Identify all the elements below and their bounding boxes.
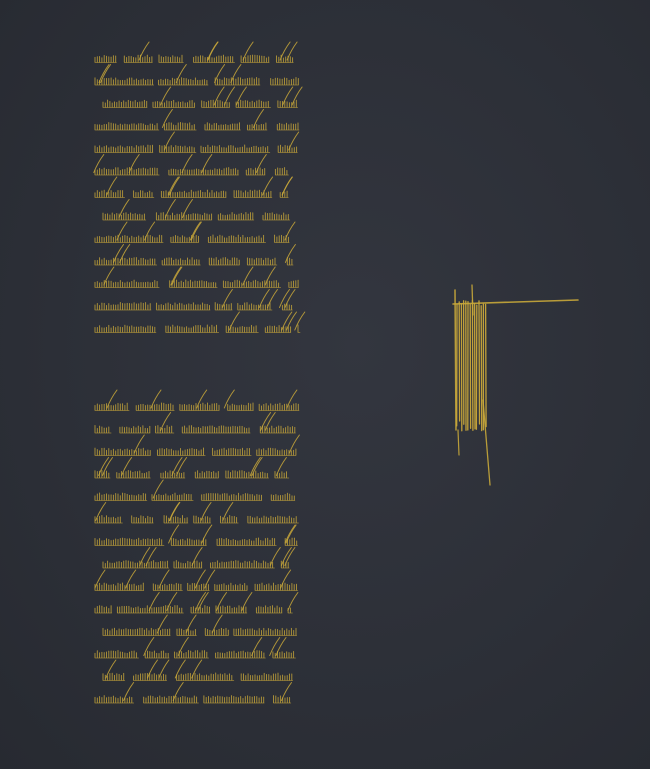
calligraphy-artwork: [0, 0, 650, 769]
artwork-canvas: [0, 0, 650, 769]
